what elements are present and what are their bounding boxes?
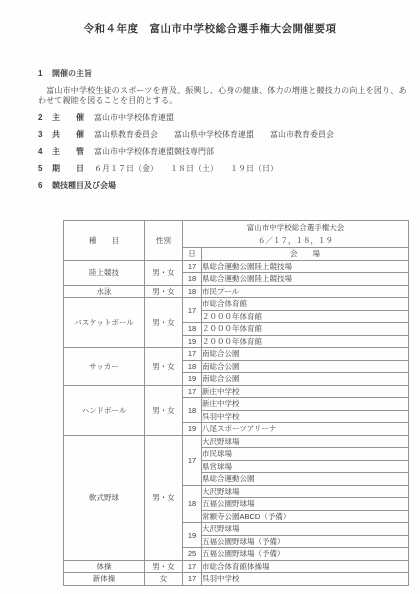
page-title: 令和４年度 富山市中学校総合選手権大会開催要項 — [0, 0, 420, 36]
section-number: 2 — [38, 113, 52, 123]
cell-gender: 男・女 — [145, 285, 183, 298]
cell-day: 25 — [183, 548, 202, 561]
cell-event: 陸上競技 — [64, 260, 145, 285]
section-value: 富山市中学校体育連盟 — [94, 113, 174, 123]
section-management: 4 主 管 富山市中学校体育連盟競技専門部 — [38, 147, 408, 157]
cell-day: 18 — [183, 323, 202, 336]
tournament-dates: ６／１７，１８，１９ — [183, 234, 408, 247]
cell-venue: 市総合体育館体操場 — [202, 560, 409, 573]
section-value: ６月１７日（金） １８日（土） １９日（日） — [94, 164, 278, 174]
cell-gender: 女 — [145, 573, 183, 586]
cell-day: 19 — [183, 423, 202, 436]
section-number: 1 — [38, 69, 52, 79]
cell-gender: 男・女 — [145, 560, 183, 573]
cell-venue: 呉羽中学校 — [202, 410, 409, 423]
cell-day: 17 — [183, 298, 202, 323]
cell-venue: 南総合公園 — [202, 348, 409, 361]
cell-event: ハンドボール — [64, 385, 145, 435]
section-label: 開催の主旨 — [52, 69, 92, 79]
cell-day: 17 — [183, 348, 202, 361]
cell-gender: 男・女 — [145, 435, 183, 560]
table-row: 軟式野球男・女17大沢野球場 — [64, 435, 409, 448]
section-purpose-heading: 1 開催の主旨 — [38, 69, 408, 79]
section-events-venues-heading: 6 競技種目及び会場 — [38, 181, 408, 191]
cell-venue: 県総合運動公園陸上競技場 — [202, 273, 409, 286]
cell-venue: 県営球場 — [202, 460, 409, 473]
cell-day: 18 — [183, 285, 202, 298]
cell-venue: 五福公園野球場（予備） — [202, 548, 409, 561]
table-row: サッカー男・女17南総合公園 — [64, 348, 409, 361]
section-label: 期 日 — [52, 164, 84, 174]
header-cell-gender: 性別 — [145, 220, 183, 260]
section-label: 主 催 — [52, 113, 84, 123]
table-row: 体操男・女17市総合体育館体操場 — [64, 560, 409, 573]
section-label: 共 催 — [52, 130, 84, 140]
section-label: 主 管 — [52, 147, 84, 157]
table-header-row-1: 種 目 性別 富山市中学校総合選手権大会 ６／１７，１８，１９ — [64, 220, 409, 247]
section-cohost: 3 共 催 富山県教育委員会 富山県中学校体育連盟 富山市教育委員会 — [38, 130, 408, 140]
cell-day: 17 — [183, 260, 202, 273]
section-host: 2 主 催 富山市中学校体育連盟 — [38, 113, 408, 123]
cell-venue: 八尾スポーツアリーナ — [202, 423, 409, 436]
venues-table-body: 種 目 性別 富山市中学校総合選手権大会 ６／１７，１８，１９ 日 会 場 陸上… — [64, 220, 409, 585]
cell-venue: 呉羽中学校 — [202, 573, 409, 586]
cell-venue: 大沢野球場 — [202, 485, 409, 498]
purpose-paragraph: 富山市中学校生徒のスポーツを普及、振興し、心身の健康、体力の増進と競技力の向上を… — [38, 86, 408, 105]
cell-venue: 市総合体育館 — [202, 298, 409, 311]
cell-event: 体操 — [64, 560, 145, 573]
table-row: ハンドボール男・女17新庄中学校 — [64, 385, 409, 398]
section-dates: 5 期 日 ６月１７日（金） １８日（土） １９日（日） — [38, 164, 408, 174]
cell-venue: 大沢野球場 — [202, 435, 409, 448]
venues-table: 種 目 性別 富山市中学校総合選手権大会 ６／１７，１８，１９ 日 会 場 陸上… — [63, 220, 409, 586]
table-row: 陸上競技男・女17県総合運動公園陸上競技場 — [64, 260, 409, 273]
section-value: 富山県教育委員会 富山県中学校体育連盟 富山市教育委員会 — [94, 130, 334, 140]
cell-event: 新体操 — [64, 573, 145, 586]
cell-day: 17 — [183, 385, 202, 398]
table-row: 新体操女17呉羽中学校 — [64, 573, 409, 586]
cell-gender: 男・女 — [145, 260, 183, 285]
cell-event: 軟式野球 — [64, 435, 145, 560]
section-number: 5 — [38, 164, 52, 174]
cell-day: 17 — [183, 560, 202, 573]
cell-day: 19 — [183, 335, 202, 348]
cell-event: バスケットボール — [64, 298, 145, 348]
cell-day: 17 — [183, 573, 202, 586]
section-label: 競技種目及び会場 — [52, 181, 116, 191]
header-cell-venue: 会 場 — [202, 247, 409, 260]
cell-day: 19 — [183, 373, 202, 386]
table-row: バスケットボール男・女17市総合体育館 — [64, 298, 409, 311]
cell-venue: ２０００年体育館 — [202, 310, 409, 323]
header-cell-event: 種 目 — [64, 220, 145, 260]
cell-day: 18 — [183, 273, 202, 286]
cell-day: 19 — [183, 523, 202, 548]
cell-venue: ２０００年体育館 — [202, 323, 409, 336]
cell-day: 18 — [183, 485, 202, 523]
header-cell-tournament: 富山市中学校総合選手権大会 ６／１７，１８，１９ — [183, 220, 409, 247]
cell-venue: 新庄中学校 — [202, 398, 409, 411]
cell-venue: 大沢野球場 — [202, 523, 409, 536]
cell-venue: 市民プール — [202, 285, 409, 298]
cell-venue: ２０００年体育館 — [202, 335, 409, 348]
tournament-name: 富山市中学校総合選手権大会 — [183, 221, 408, 234]
document-page: 令和４年度 富山市中学校総合選手権大会開催要項 1 開催の主旨 富山市中学校生徒… — [0, 0, 420, 594]
cell-event: 水泳 — [64, 285, 145, 298]
cell-day: 18 — [183, 360, 202, 373]
cell-venue: 新庄中学校 — [202, 385, 409, 398]
section-number: 3 — [38, 130, 52, 140]
sections: 1 開催の主旨 富山市中学校生徒のスポーツを普及、振興し、心身の健康、体力の増進… — [38, 69, 408, 191]
cell-gender: 男・女 — [145, 385, 183, 435]
cell-venue: 県総合運動公園陸上競技場 — [202, 260, 409, 273]
cell-event: サッカー — [64, 348, 145, 386]
cell-venue: 五福公園野球場（予備） — [202, 535, 409, 548]
cell-venue: 市民球場 — [202, 448, 409, 461]
cell-day: 17 — [183, 435, 202, 485]
cell-venue: 五福公園野球場 — [202, 498, 409, 511]
header-cell-day: 日 — [183, 247, 202, 260]
section-number: 6 — [38, 181, 52, 191]
cell-venue: 県総合運動公園 — [202, 473, 409, 486]
cell-gender: 男・女 — [145, 298, 183, 348]
section-number: 4 — [38, 147, 52, 157]
table-row: 水泳男・女18市民プール — [64, 285, 409, 298]
cell-venue: 常願寺公園ABCD（予備） — [202, 510, 409, 523]
cell-venue: 南総合公園 — [202, 360, 409, 373]
cell-gender: 男・女 — [145, 348, 183, 386]
section-value: 富山市中学校体育連盟競技専門部 — [94, 147, 214, 157]
cell-venue: 南総合公園 — [202, 373, 409, 386]
cell-day: 18 — [183, 398, 202, 423]
